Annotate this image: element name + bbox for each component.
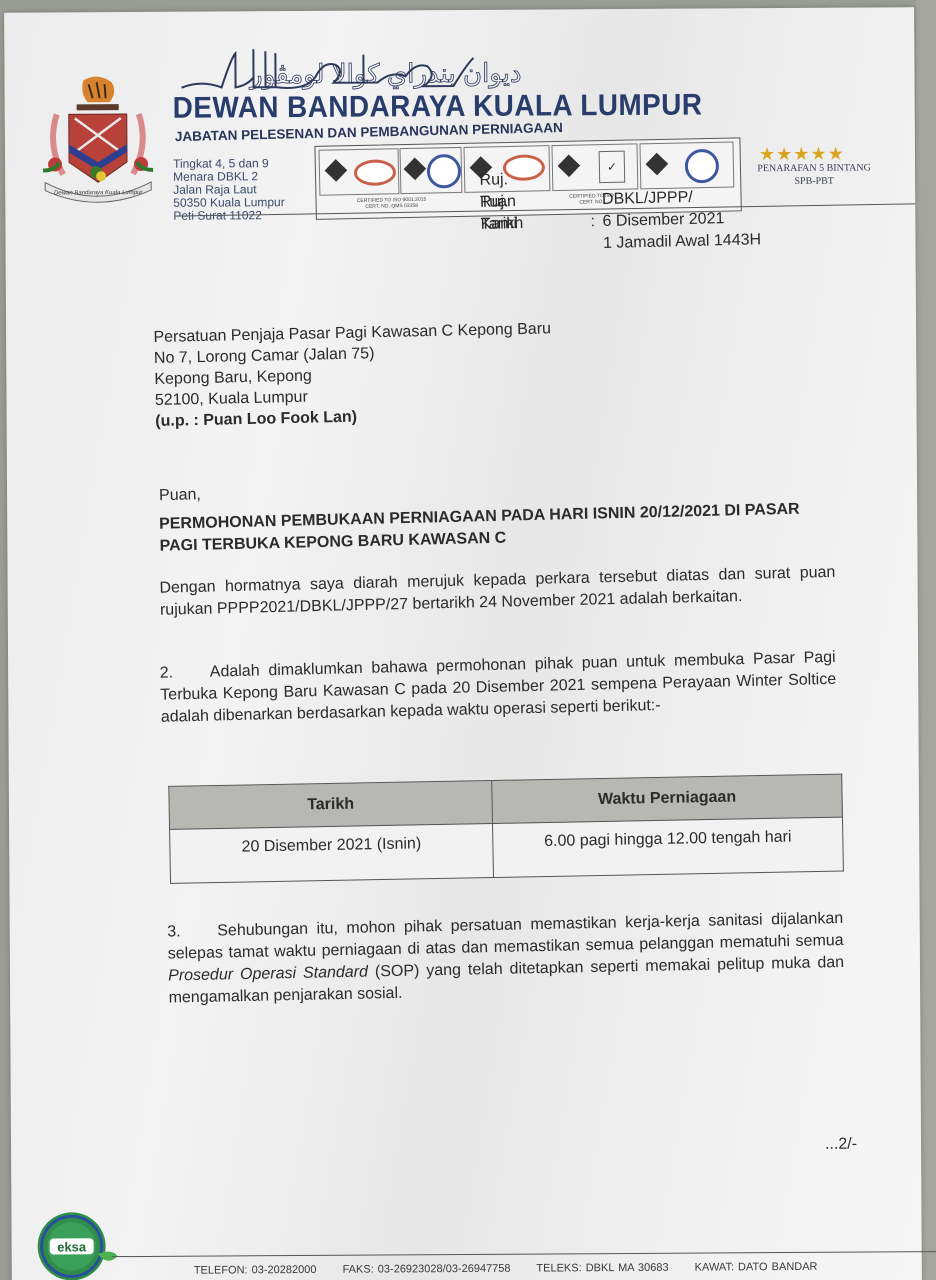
schedule-table: Tarikh Waktu Perniagaan 20 Disember 2021… — [168, 774, 844, 884]
org-name: DEWAN BANDARAYA KUALA LUMPUR — [173, 89, 703, 126]
column-header-business-hours: Waktu Perniagaan — [492, 774, 843, 823]
sop-term: Prosedur Operasi Standard — [168, 964, 368, 985]
standards-oval-icon — [354, 159, 397, 186]
letter-page: Dewan Bandaraya Kuala Lumpur ديوان بندرا… — [4, 7, 922, 1280]
rating-label: PENARAFAN 5 BINTANG SPB-PBT — [746, 161, 882, 188]
your-ref-row: Ruj. Tuan — [479, 170, 480, 192]
org-address: Tingkat 4, 5 dan 9 Menara DBKL 2 Jalan R… — [173, 157, 285, 223]
paragraph-2: 2.Adalah dimaklumkan bahawa permohonan p… — [160, 647, 837, 729]
cert-badge-iqnet — [400, 147, 463, 194]
letter-date: 6 Disember 2021 — [602, 208, 724, 233]
hijri-date: 1 Jamadil Awal 1443H — [603, 229, 762, 255]
date-row: Tarikh : 6 Disember 2021 — [480, 214, 481, 236]
ukas-check-icon: ✓ — [599, 151, 626, 184]
salutation: Puan, — [159, 486, 201, 505]
hijri-date-row: 1 Jamadil Awal 1443H — [481, 236, 482, 258]
cert-badge-quality-system — [319, 148, 400, 196]
footer-telefon: TELEFON: 03-20282000 — [194, 1264, 317, 1277]
cell-date: 20 Disember 2021 (Isnin) — [170, 823, 494, 883]
our-ref-value: DBKL/JPPP/ — [602, 187, 693, 211]
cert-text: CERTIFIED TO ISO 9001:2015 CERT. NO.:QMS… — [336, 196, 446, 210]
isms-diamond-icon — [558, 154, 581, 177]
footer-contact: TELEFON: 03-20282000 FAKS: 03-26923028/0… — [194, 1261, 840, 1277]
dbkl-crest-logo: Dewan Bandaraya Kuala Lumpur — [38, 74, 157, 207]
cert-badge-isms-iqnet — [639, 141, 734, 189]
page-continuation: ...2/- — [825, 1136, 857, 1154]
footer-faks: FAKS: 03-26923028/03-26947758 — [343, 1263, 511, 1276]
svg-text:ديوان بندراي كوالا لومڤور: ديوان بندراي كوالا لومڤور — [248, 58, 522, 91]
eksa-logo-icon: eksa — [35, 1208, 119, 1280]
quality-diamond-icon — [325, 159, 348, 182]
svg-text:eksa: eksa — [57, 1239, 87, 1254]
footer-kawat: KAWAT: DATO BANDAR — [695, 1261, 818, 1274]
quality-diamond-icon — [404, 158, 427, 181]
footer-teleks: TELEKS: DBKL MA 30683 — [536, 1262, 668, 1275]
cert-badge-isms-ukas: ✓ — [551, 143, 638, 191]
our-ref-row: Ruj. Kami DBKL/JPPP/ — [480, 192, 481, 214]
isms-diamond-icon — [646, 153, 669, 176]
subject-heading: PERMOHONAN PEMBUKAAN PERNIAGAAN PADA HAR… — [159, 498, 840, 558]
recipient-address: Persatuan Penjaja Pasar Pagi Kawasan C K… — [153, 318, 553, 432]
iqnet-circle-icon — [427, 154, 462, 189]
cell-hours: 6.00 pagi hingga 12.00 tengah hari — [493, 817, 844, 877]
svg-text:Dewan Bandaraya Kuala Lumpur: Dewan Bandaraya Kuala Lumpur — [54, 190, 143, 197]
table-row: 20 Disember 2021 (Isnin) 6.00 pagi hingg… — [170, 817, 844, 883]
footer-divider — [112, 1251, 936, 1257]
reference-block: Ruj. Tuan Ruj. Kami DBKL/JPPP/ Tarikh : … — [479, 170, 481, 258]
iqnet-circle-icon — [685, 149, 720, 184]
paragraph-1: Dengan hormatnya saya diarah merujuk kep… — [159, 562, 836, 622]
column-header-date: Tarikh — [169, 780, 493, 829]
paragraph-3: 3.Sehubungan itu, mohon pihak persatuan … — [167, 908, 845, 1010]
